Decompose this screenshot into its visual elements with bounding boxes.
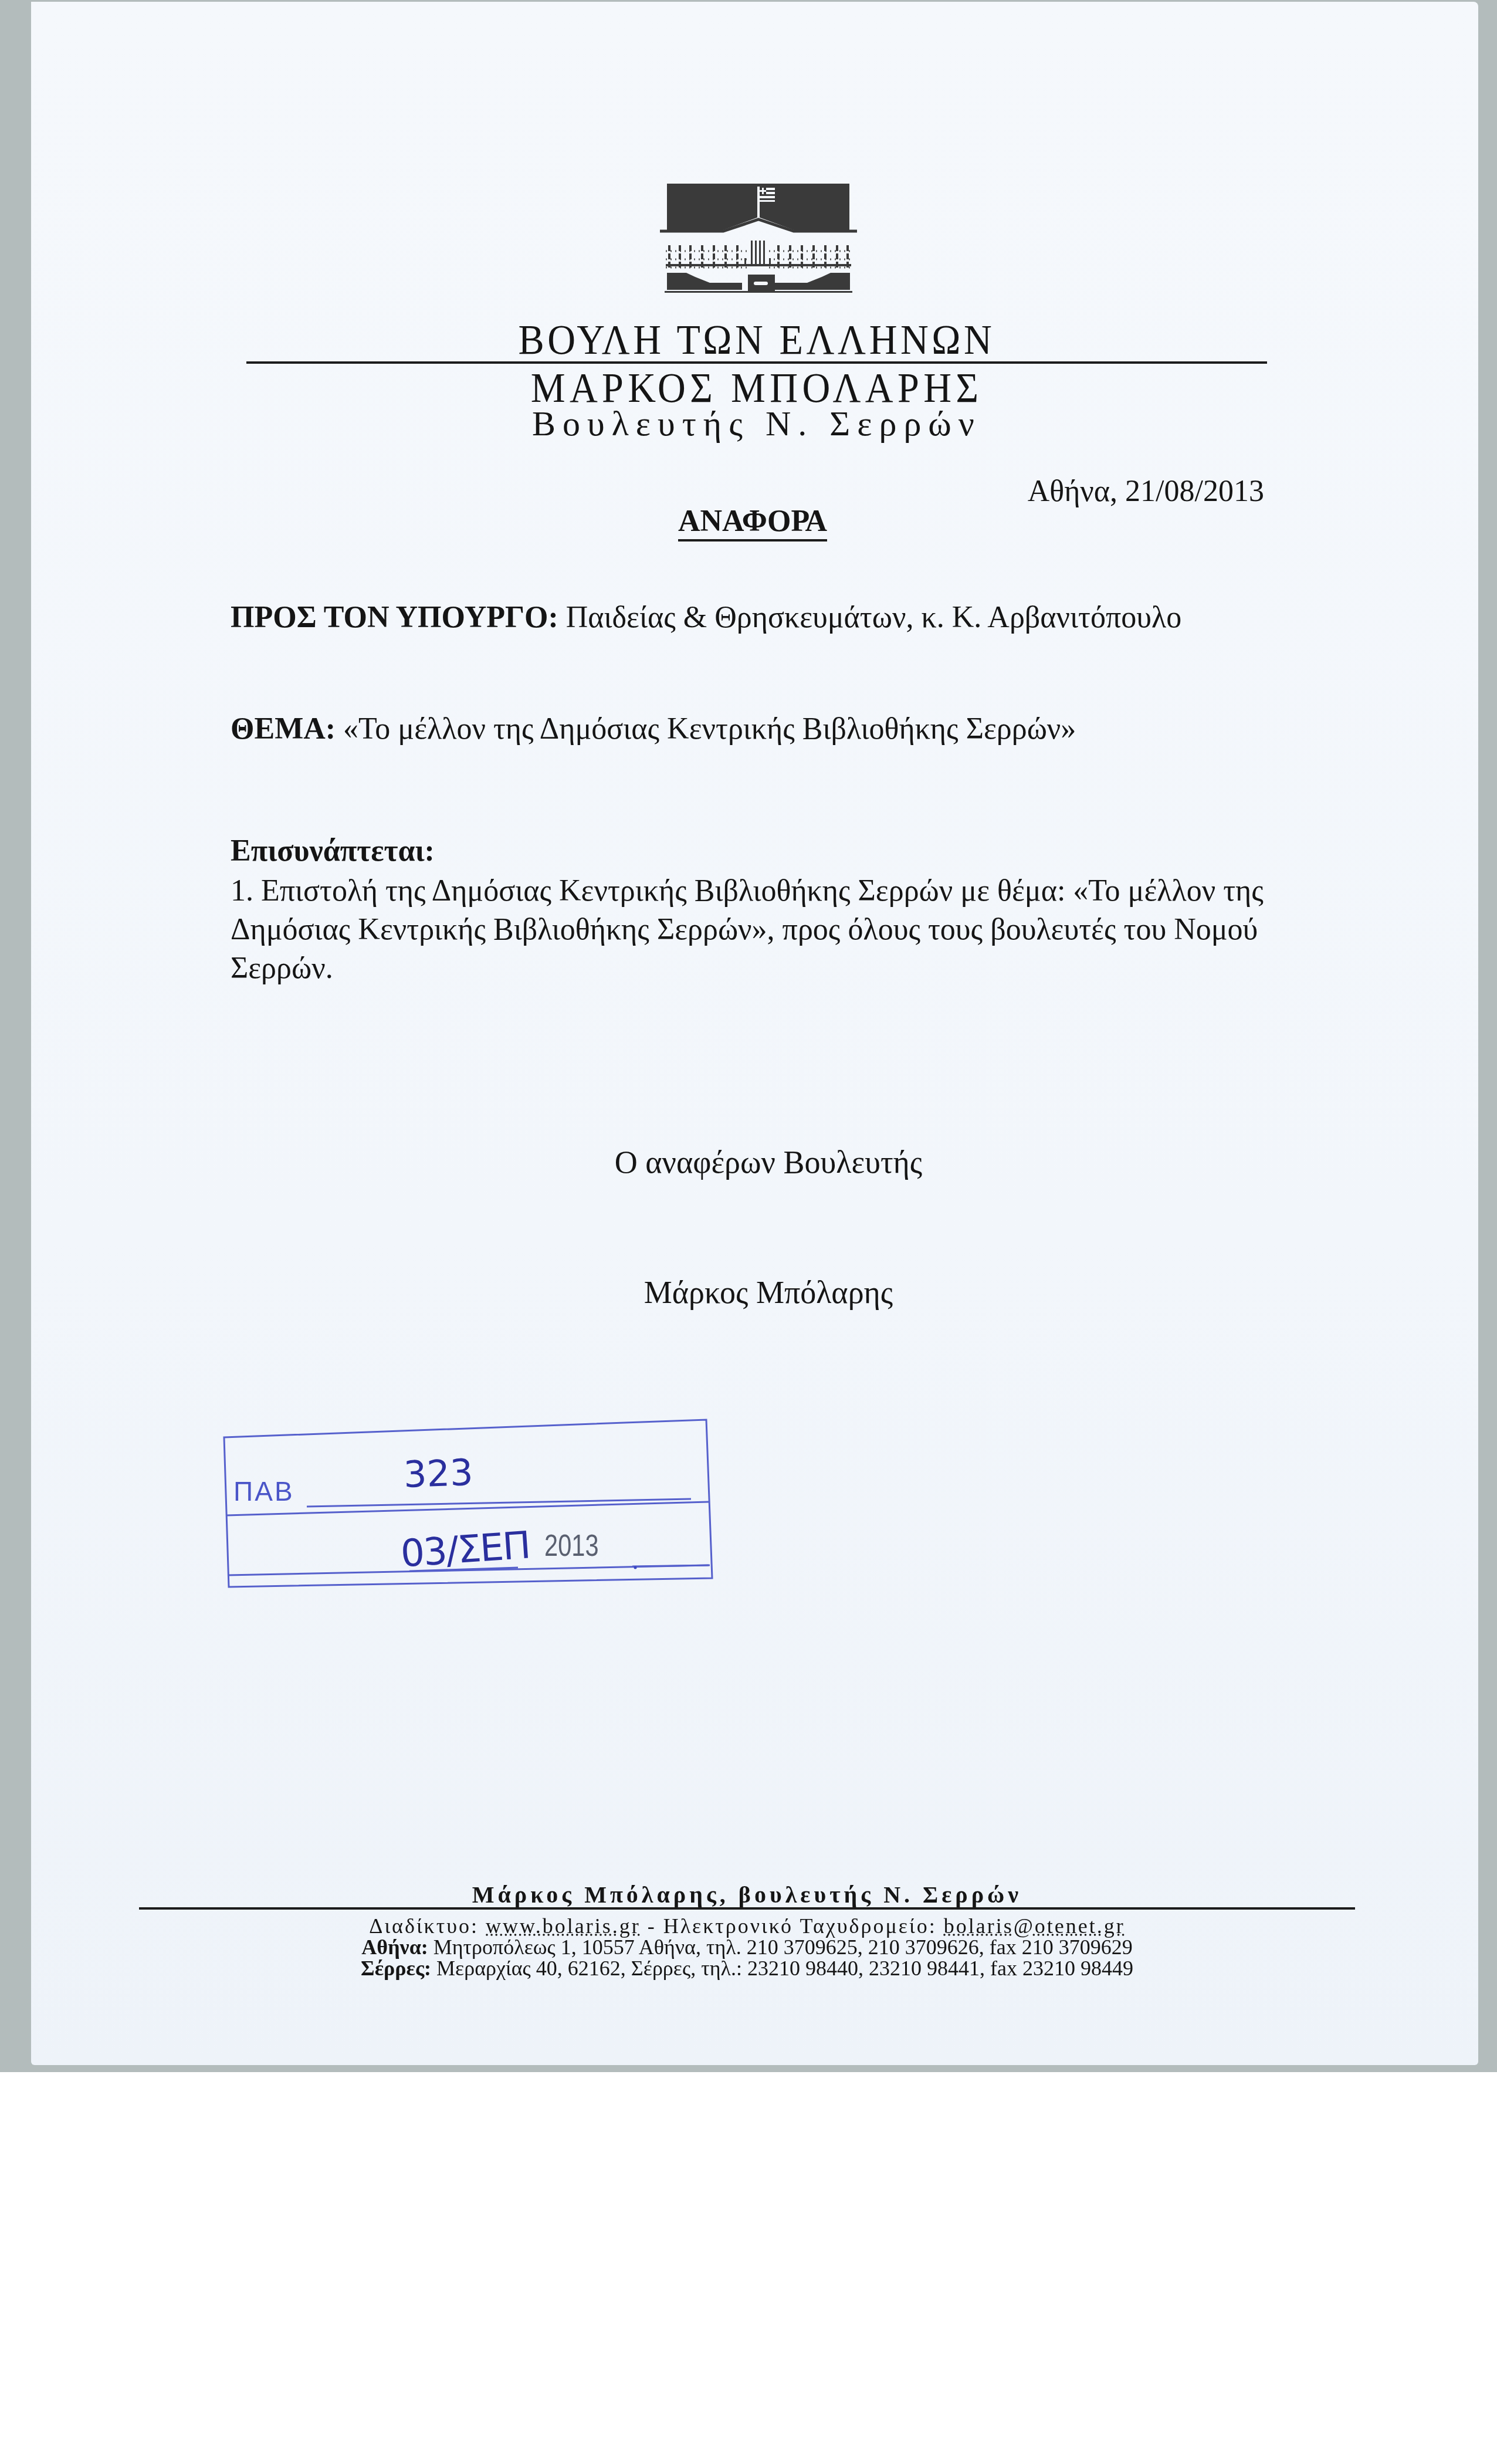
attachment-item: 1. Επιστολή της Δημόσιας Κεντρικής Βιβλι…	[231, 872, 1275, 988]
attachments-heading: Επισυνάπτεται:	[231, 832, 1275, 871]
stamp-year: 2013	[544, 1528, 599, 1563]
document-date: Αθήνα, 21/08/2013	[939, 474, 1264, 509]
stamp-label: ΠΑΒ	[233, 1475, 294, 1507]
institution-title: ΒΟΥΛΗ ΤΩΝ ΕΛΛΗΝΩΝ	[287, 316, 1227, 364]
attachment-line-2: Δημόσιας Κεντρικής Βιβλιοθήκης Σερρών», …	[231, 911, 1275, 949]
email-label: - Ηλεκτρονικό Ταχυδρομείο:	[641, 1914, 944, 1938]
footer-divider	[139, 1907, 1355, 1910]
website-link[interactable]: www.bolaris.gr	[486, 1914, 641, 1938]
subject-value: «Το μέλλον της Δημόσιας Κεντρικής Βιβλιο…	[336, 712, 1076, 746]
subject-line: ΘΕΜΑ: «Το μέλλον της Δημόσιας Κεντρικής …	[231, 710, 1275, 749]
parliament-logo-icon	[660, 182, 857, 295]
serres-value: Μεραρχίας 40, 62162, Σέρρες, τηλ.: 23210…	[431, 1957, 1133, 1980]
document-page	[31, 2, 1478, 2065]
stamp-date: 03/ΣΕΠ	[399, 1524, 531, 1576]
document-type-title: ΑΝΑΦΟΡΑ	[678, 506, 827, 541]
registry-stamp: ΠΑΒ 323 03/ΣΕΠ 2013	[222, 1408, 714, 1595]
mp-position: Βουλευτής Ν. Σερρών	[246, 404, 1267, 444]
subject-label: ΘΕΜΑ:	[231, 712, 336, 746]
athens-label: Αθήνα:	[361, 1935, 428, 1959]
signature-name: Μάρκος Μπόλαρης	[469, 1274, 1068, 1311]
serres-label: Σέρρες:	[361, 1957, 431, 1980]
footer-serres-address: Σέρρες: Μεραρχίας 40, 62162, Σέρρες, τηλ…	[139, 1956, 1355, 1981]
attachment-line-3: Σερρών.	[231, 949, 1275, 988]
footer-title: Μάρκος Μπόλαρης, βουλευτής Ν. Σερρών	[139, 1881, 1355, 1908]
attachment-line-1: 1. Επιστολή της Δημόσιας Κεντρικής Βιβλι…	[231, 872, 1275, 911]
recipient-value: Παιδείας & Θρησκευμάτων, κ. Κ. Αρβανιτόπ…	[558, 601, 1181, 634]
email-link[interactable]: bolaris@otenet.gr	[944, 1914, 1125, 1938]
recipient-line: ΠΡΟΣ ΤΟΝ ΥΠΟΥΡΓΟ: Παιδείας & Θρησκευμάτω…	[231, 598, 1275, 637]
website-label: Διαδίκτυο:	[369, 1914, 486, 1938]
athens-value: Μητροπόλεως 1, 10557 Αθήνα, τηλ. 210 370…	[428, 1935, 1133, 1959]
recipient-label: ΠΡΟΣ ΤΟΝ ΥΠΟΥΡΓΟ:	[231, 601, 558, 634]
signature-role: Ο αναφέρων Βουλευτής	[469, 1144, 1068, 1180]
stamp-number: 323	[403, 1451, 474, 1496]
